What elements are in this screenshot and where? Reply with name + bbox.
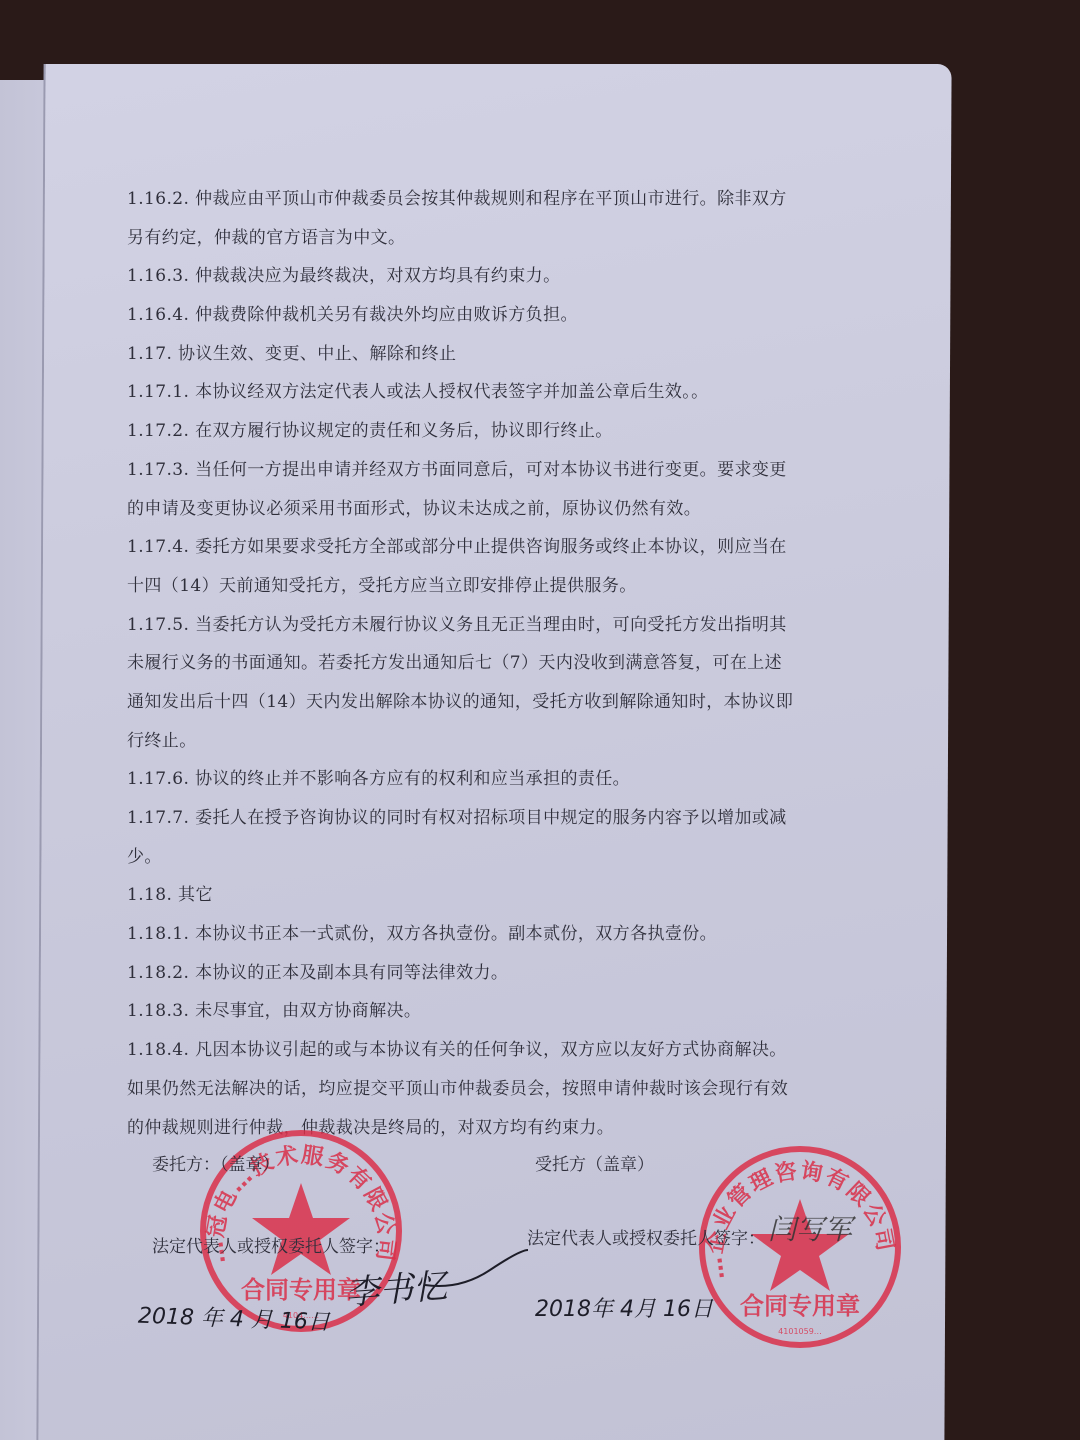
contract-text-line: 行终止。 (127, 722, 847, 761)
contract-text-line: 1.17. 协议生效、变更、中止、解除和终止 (127, 335, 847, 374)
contract-text-body: 1.16.2. 仲裁应由平顶山市仲裁委员会按其仲裁规则和程序在平顶山市进行。除非… (127, 180, 847, 1147)
contract-text-line: 通知发出后十四（14）天内发出解除本协议的通知，受托方收到解除通知时，本协议即 (127, 683, 847, 722)
contract-text-line: 少。 (127, 838, 847, 877)
contract-text-line: 1.17.2. 在双方履行协议规定的责任和义务后，协议即行终止。 (127, 412, 847, 451)
svg-text:合同专用章: 合同专用章 (740, 1292, 860, 1320)
contract-text-line: 1.17.5. 当委托方认为受托方未履行协议义务且无正当理由时，可向受托方发出指… (127, 606, 847, 645)
contract-text-line: 未履行义务的书面通知。若委托方发出通知后七（7）天内没收到满意答复，可在上述 (127, 644, 847, 683)
contractor-seal-stamp: …企业管理咨询有限公司 合同专用章 4101059… (697, 1144, 903, 1350)
contract-text-line: 1.18.3. 未尽事宜，由双方协商解决。 (127, 992, 847, 1031)
contract-text-line: 1.17.4. 委托方如果要求受托方全部或部分中止提供咨询服务或终止本协议，则应… (127, 528, 847, 567)
contract-text-line: 十四（14）天前通知受托方，受托方应当立即安排停止提供服务。 (127, 567, 847, 606)
contract-text-line: 如果仍然无法解决的话，均应提交平顶山市仲裁委员会，按照申请仲裁时该会现行有效 (127, 1070, 847, 1109)
contract-text-line: 1.16.3. 仲裁裁决应为最终裁决，对双方均具有约束力。 (127, 257, 847, 296)
contract-text-line: 1.17.7. 委托人在授予咨询协议的同时有权对招标项目中规定的服务内容予以增加… (127, 799, 847, 838)
svg-text:合同专用章: 合同专用章 (241, 1276, 361, 1304)
contract-text-line: 1.16.2. 仲裁应由平顶山市仲裁委员会按其仲裁规则和程序在平顶山市进行。除非… (127, 180, 847, 219)
contract-text-line: 1.18.4. 凡因本协议引起的或与本协议有关的任何争议，双方应以友好方式协商解… (127, 1031, 847, 1070)
contract-text-line: 1.18.2. 本协议的正本及副本具有同等法律效力。 (127, 954, 847, 993)
client-seal-stamp: …冠电…技术服务有限公司 合同专用章 4104…… (198, 1128, 404, 1334)
contract-text-line: 1.18. 其它 (127, 876, 847, 915)
svg-text:4104……: 4104…… (283, 1311, 319, 1320)
svg-text:4101059…: 4101059… (778, 1327, 822, 1336)
contract-text-line: 1.18.1. 本协议书正本一式贰份，双方各执壹份。副本贰份，双方各执壹份。 (127, 915, 847, 954)
contract-text-line: 1.16.4. 仲裁费除仲裁机关另有裁决外均应由败诉方负担。 (127, 296, 847, 335)
contract-text-line: 的申请及变更协议必须采用书面形式，协议未达成之前，原协议仍然有效。 (127, 490, 847, 529)
contract-text-line: 1.17.3. 当任何一方提出申请并经双方书面同意后，可对本协议书进行变更。要求… (127, 451, 847, 490)
contract-text-line: 另有约定，仲裁的官方语言为中文。 (127, 219, 847, 258)
contract-text-line: 1.17.1. 本协议经双方法定代表人或法人授权代表签字并加盖公章后生效。。 (127, 373, 847, 412)
contract-text-line: 1.17.6. 协议的终止并不影响各方应有的权利和应当承担的责任。 (127, 760, 847, 799)
